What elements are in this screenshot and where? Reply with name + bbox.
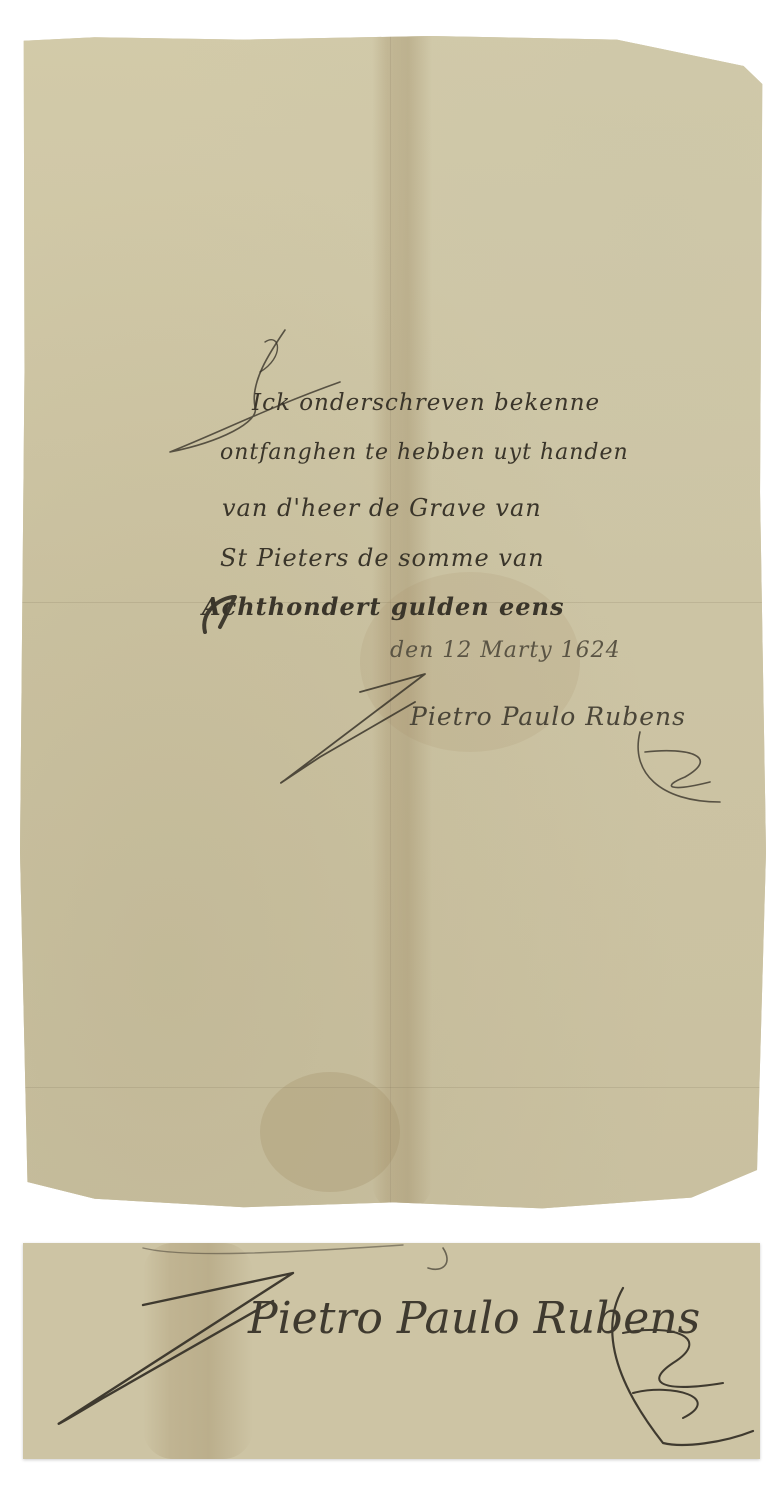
document-date-line: den 12 Marty 1624 [390,638,621,663]
document-line-3: van d'heer de Grave van [222,494,542,522]
document-line-1: Ick onderschreven bekenne [252,390,600,416]
signature-detail-inset: Signature detail Pietro Paulo Rubens [23,1243,760,1459]
inset-signature: Pietro Paulo Rubens [248,1293,700,1344]
document-line-5: Achthondert gulden eens [202,592,565,621]
signature: Pietro Paulo Rubens [410,702,686,731]
document-line-4: St Pieters de somme van [220,544,545,572]
document-line-2: ontfanghen te hebben uyt handen [220,440,629,465]
signature-flourish-strokes [23,1243,760,1459]
manuscript-page: Ick onderschreven bekenne ontfanghen te … [20,12,766,1212]
